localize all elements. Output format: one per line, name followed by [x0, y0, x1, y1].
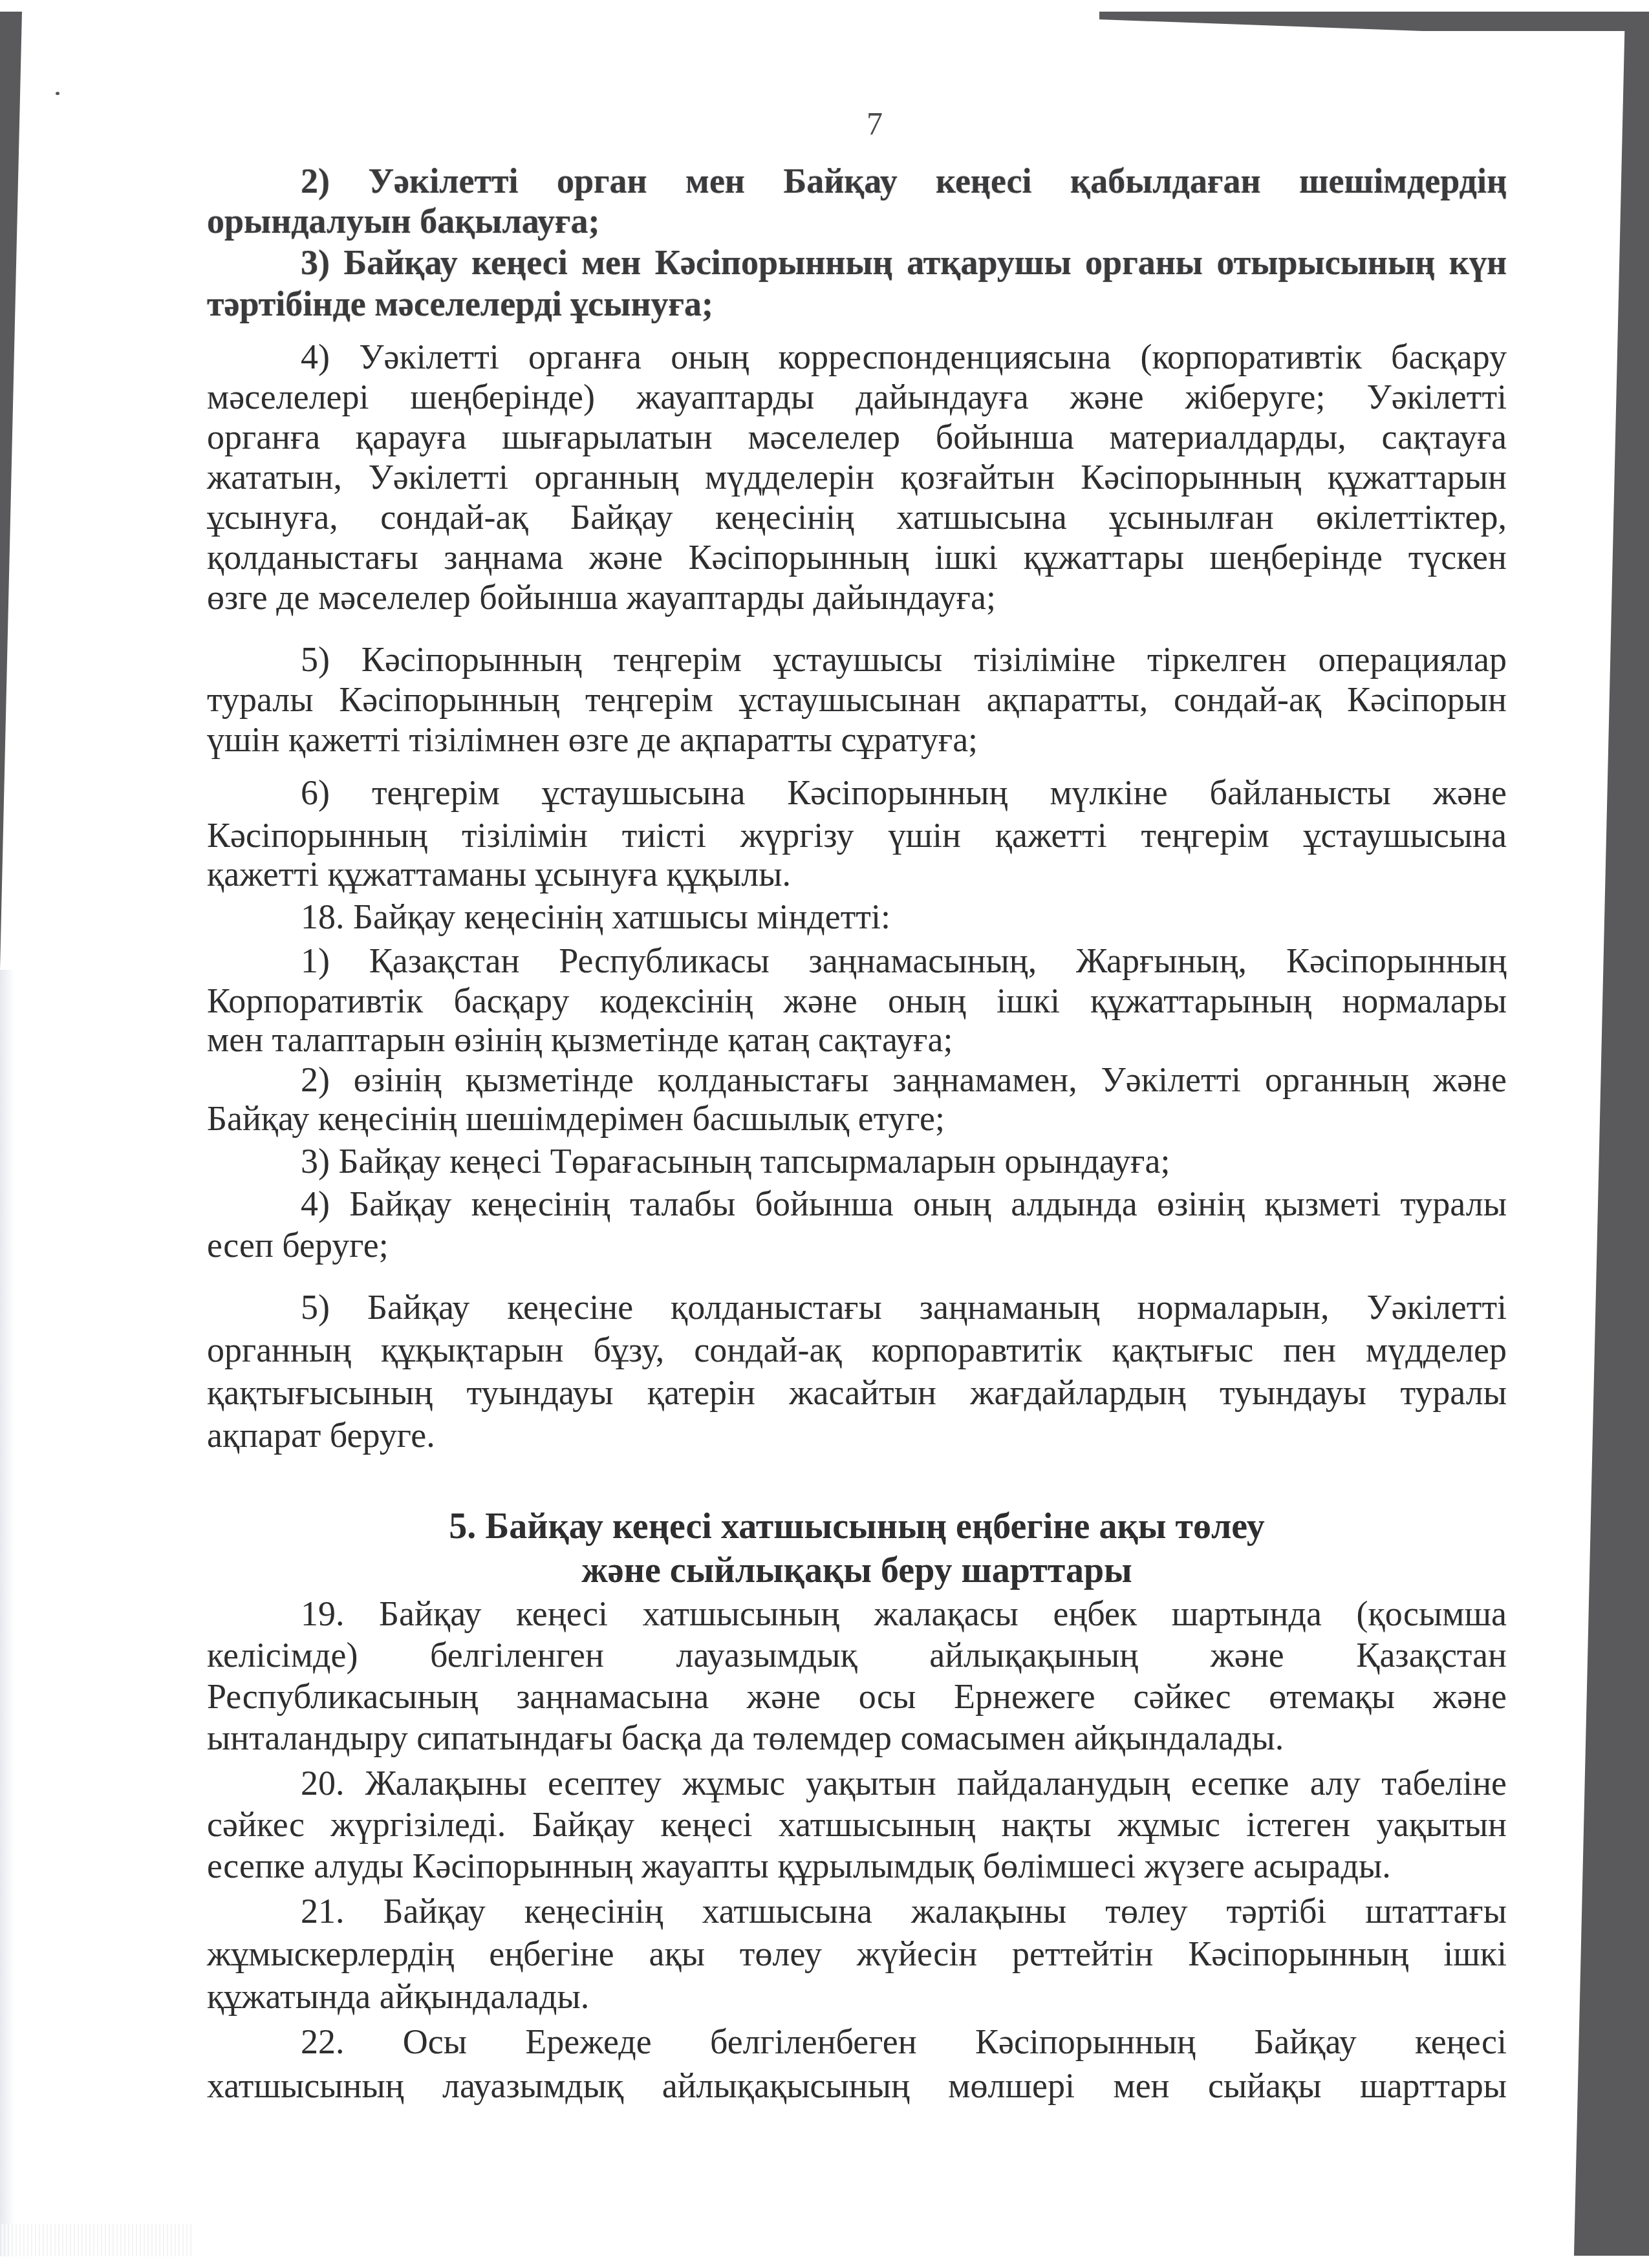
- text-line: ұсынуға, сондай-ақ Байқау кеңесінің хатш…: [207, 498, 1507, 537]
- text-line: мәселелері шеңберінде) жауаптарды дайынд…: [207, 378, 1507, 416]
- text-line: қажетті құжаттаманы ұсынуға құқылы.: [207, 855, 1507, 893]
- text-line: 18. Байқау кеңесінің хатшысы міндетті:: [301, 897, 1507, 936]
- text-line: 6) теңгерім ұстаушысына Кәсіпорынның мүл…: [301, 773, 1507, 812]
- text-line: 2) Уәкілетті орган мен Байқау кеңесі қаб…: [301, 162, 1507, 200]
- text-line: 1) Қазақстан Республикасы заңнамасының, …: [301, 941, 1507, 980]
- text-line: 2) өзінің қызметінде қолданыстағы заңнам…: [301, 1060, 1507, 1099]
- scan-shadow-left: [0, 970, 14, 2256]
- text-line: хатшысының лауазымдық айлықақысының мөлш…: [207, 2066, 1507, 2105]
- text-line: Кәсіпорынның тізілімін тиісті жүргізу үш…: [207, 816, 1507, 855]
- text-line: құжатында айқындалады.: [207, 1977, 1507, 2016]
- text-line: мен талаптарын өзінің қызметінде қатаң с…: [207, 1020, 1507, 1059]
- text-line: ақпарат беруге.: [207, 1416, 1507, 1455]
- text-line: органға қарауға шығарылатын мәселелер бо…: [207, 418, 1507, 456]
- text-line: қолданыстағы заңнама және Кәсіпорынның і…: [207, 538, 1507, 577]
- text-line: 3) Байқау кеңесі Төрағасының тапсырмалар…: [301, 1142, 1507, 1181]
- text-line: 5) Байқау кеңесіне қолданыстағы заңнаман…: [301, 1288, 1507, 1327]
- text-line: туралы Кәсіпорынның теңгерім ұстаушысына…: [207, 680, 1507, 719]
- section-heading-line-2: және сыйлықақы беру шарттары: [207, 1550, 1507, 1590]
- section-heading-line-1: 5. Байқау кеңесі хатшысының еңбегіне ақы…: [207, 1506, 1507, 1546]
- text-line: есеп беруге;: [207, 1226, 1507, 1265]
- text-line: 21. Байқау кеңесінің хатшысына жалақыны …: [301, 1892, 1507, 1931]
- page-number: 7: [867, 107, 883, 140]
- text-line: өзге де мәселелер бойынша жауаптарды дай…: [207, 578, 1507, 617]
- text-line: жататын, Уәкілетті органның мүдделерін қ…: [207, 458, 1507, 497]
- text-line: қақтығысының туындауы қатерін жасайтын ж…: [207, 1373, 1507, 1412]
- text-line: 3) Байқау кеңесі мен Кәсіпорынның атқару…: [301, 243, 1507, 282]
- text-line: 4) Уәкілетті органға оның корреспонденци…: [301, 337, 1507, 376]
- text-line: 4) Байқау кеңесінің талабы бойынша оның …: [301, 1184, 1507, 1223]
- text-line: 20. Жалақыны есептеу жұмыс уақытын пайда…: [301, 1764, 1507, 1803]
- text-line: сәйкес жүргізіледі. Байқау кеңесі хатшыс…: [207, 1805, 1507, 1844]
- text-line: орындалуын бақылауға;: [207, 202, 1507, 241]
- scan-edge-left: [0, 0, 39, 1034]
- text-line: Республикасының заңнамасына және осы Ерн…: [207, 1677, 1507, 1716]
- scan-noise-bottom: [0, 2224, 194, 2256]
- scan-edge-top: [0, 0, 1649, 39]
- text-line: жұмыскерлердің еңбегіне ақы төлеу жүйесі…: [207, 1934, 1507, 1973]
- stray-mark: [56, 92, 59, 95]
- text-line: тәртібінде мәселелерді ұсынуға;: [207, 284, 1507, 323]
- text-line: Корпоративтік басқару кодексінің және он…: [207, 981, 1507, 1020]
- text-line: үшін қажетті тізілімнен өзге де ақпаратт…: [207, 720, 1507, 759]
- text-line: есепке алуды Кәсіпорынның жауапты құрылы…: [207, 1846, 1507, 1885]
- text-line: органның құқықтарын бұзу, сондай-ақ корп…: [207, 1331, 1507, 1369]
- text-line: келісімде) белгіленген лауазымдық айлықа…: [207, 1636, 1507, 1674]
- text-line: 5) Кәсіпорынның теңгерім ұстаушысы тізіл…: [301, 640, 1507, 679]
- text-line: ынталандыру сипатындағы басқа да төлемде…: [207, 1718, 1507, 1757]
- text-line: 19. Байқау кеңесі хатшысының жалақасы ең…: [301, 1594, 1507, 1633]
- text-line: 22. Осы Ережеде белгіленбеген Кәсіпорынн…: [301, 2022, 1507, 2061]
- text-line: Байқау кеңесінің шешімдерімен басшылық е…: [207, 1099, 1507, 1138]
